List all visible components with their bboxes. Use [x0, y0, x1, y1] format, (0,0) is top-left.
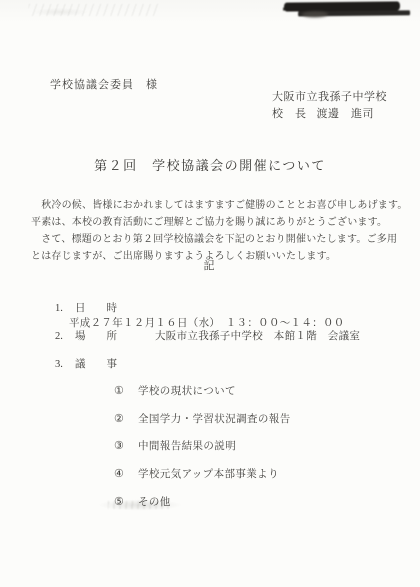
- detail-label: 議 事: [75, 356, 141, 371]
- sender-organization: 大阪市立我孫子中学校: [272, 88, 387, 104]
- greeting-paragraph: 秋冷の候、皆様におかれましてはますますご健勝のこととお喜び申しあげます。 平素は…: [31, 197, 403, 265]
- scanned-document-page: 学校協議会委員 様 大阪市立我孫子中学校 校 長渡邊 進司 第２回 学校協議会の…: [0, 0, 420, 587]
- agenda-marker: ④: [114, 467, 132, 480]
- agenda-item: ④学校元気アップ本部事業より: [114, 466, 279, 481]
- sender-title: 校 長: [272, 108, 307, 120]
- detail-row-agenda-heading: 3.議 事: [55, 356, 155, 371]
- agenda-item: ①学校の現状について: [114, 383, 236, 398]
- detail-label: 場 所: [75, 328, 141, 343]
- sender-name: 渡邊 進司: [317, 108, 375, 120]
- agenda-text: 中間報告結果の説明: [138, 441, 236, 452]
- agenda-text: 学校元気アップ本部事業より: [138, 469, 279, 480]
- body-line: さて、標題のとおり第２回学校協議会を下記のとおり開催いたします。ご多用: [31, 231, 403, 248]
- detail-number: 2.: [55, 331, 75, 342]
- agenda-item: ⑤その他: [114, 494, 171, 509]
- agenda-text: その他: [138, 497, 171, 508]
- scan-smudge-top-right: [284, 1, 400, 11]
- detail-row-place: 2.場 所大阪市立我孫子中学校 本館１階 会議室: [55, 328, 360, 343]
- detail-value: 大阪市立我孫子中学校 本館１階 会議室: [155, 328, 360, 343]
- detail-number: 1.: [55, 303, 75, 314]
- body-line: 秋冷の候、皆様におかれましてはますますご健勝のこととお喜び申しあげます。: [31, 197, 403, 214]
- detail-number: 3.: [55, 359, 75, 370]
- agenda-marker: ②: [114, 412, 132, 425]
- record-marker: 記: [0, 257, 420, 273]
- agenda-item: ②全国学力・学習状況調査の報告: [114, 411, 291, 426]
- agenda-item: ③中間報告結果の説明: [114, 438, 236, 453]
- agenda-marker: ③: [114, 439, 132, 452]
- sender-signature: 校 長渡邊 進司: [272, 105, 374, 121]
- agenda-marker: ⑤: [114, 495, 132, 508]
- document-title: 第２回 学校協議会の開催について: [0, 155, 420, 174]
- agenda-text: 学校の現状について: [138, 386, 236, 397]
- recipient-line: 学校協議会委員 様: [50, 76, 158, 92]
- detail-label: 日 時: [75, 300, 141, 315]
- detail-row-datetime: 1.日 時平成２７年１２月１６日（水） １３：００～１４：００: [55, 300, 420, 330]
- agenda-text: 全国学力・学習状況調査の報告: [138, 414, 291, 425]
- agenda-marker: ①: [114, 384, 132, 397]
- body-line: 平素は、本校の教育活動にご理解とご協力を賜り誠にありがとうございます。: [31, 214, 403, 231]
- scan-noise-top-left: [27, 4, 159, 16]
